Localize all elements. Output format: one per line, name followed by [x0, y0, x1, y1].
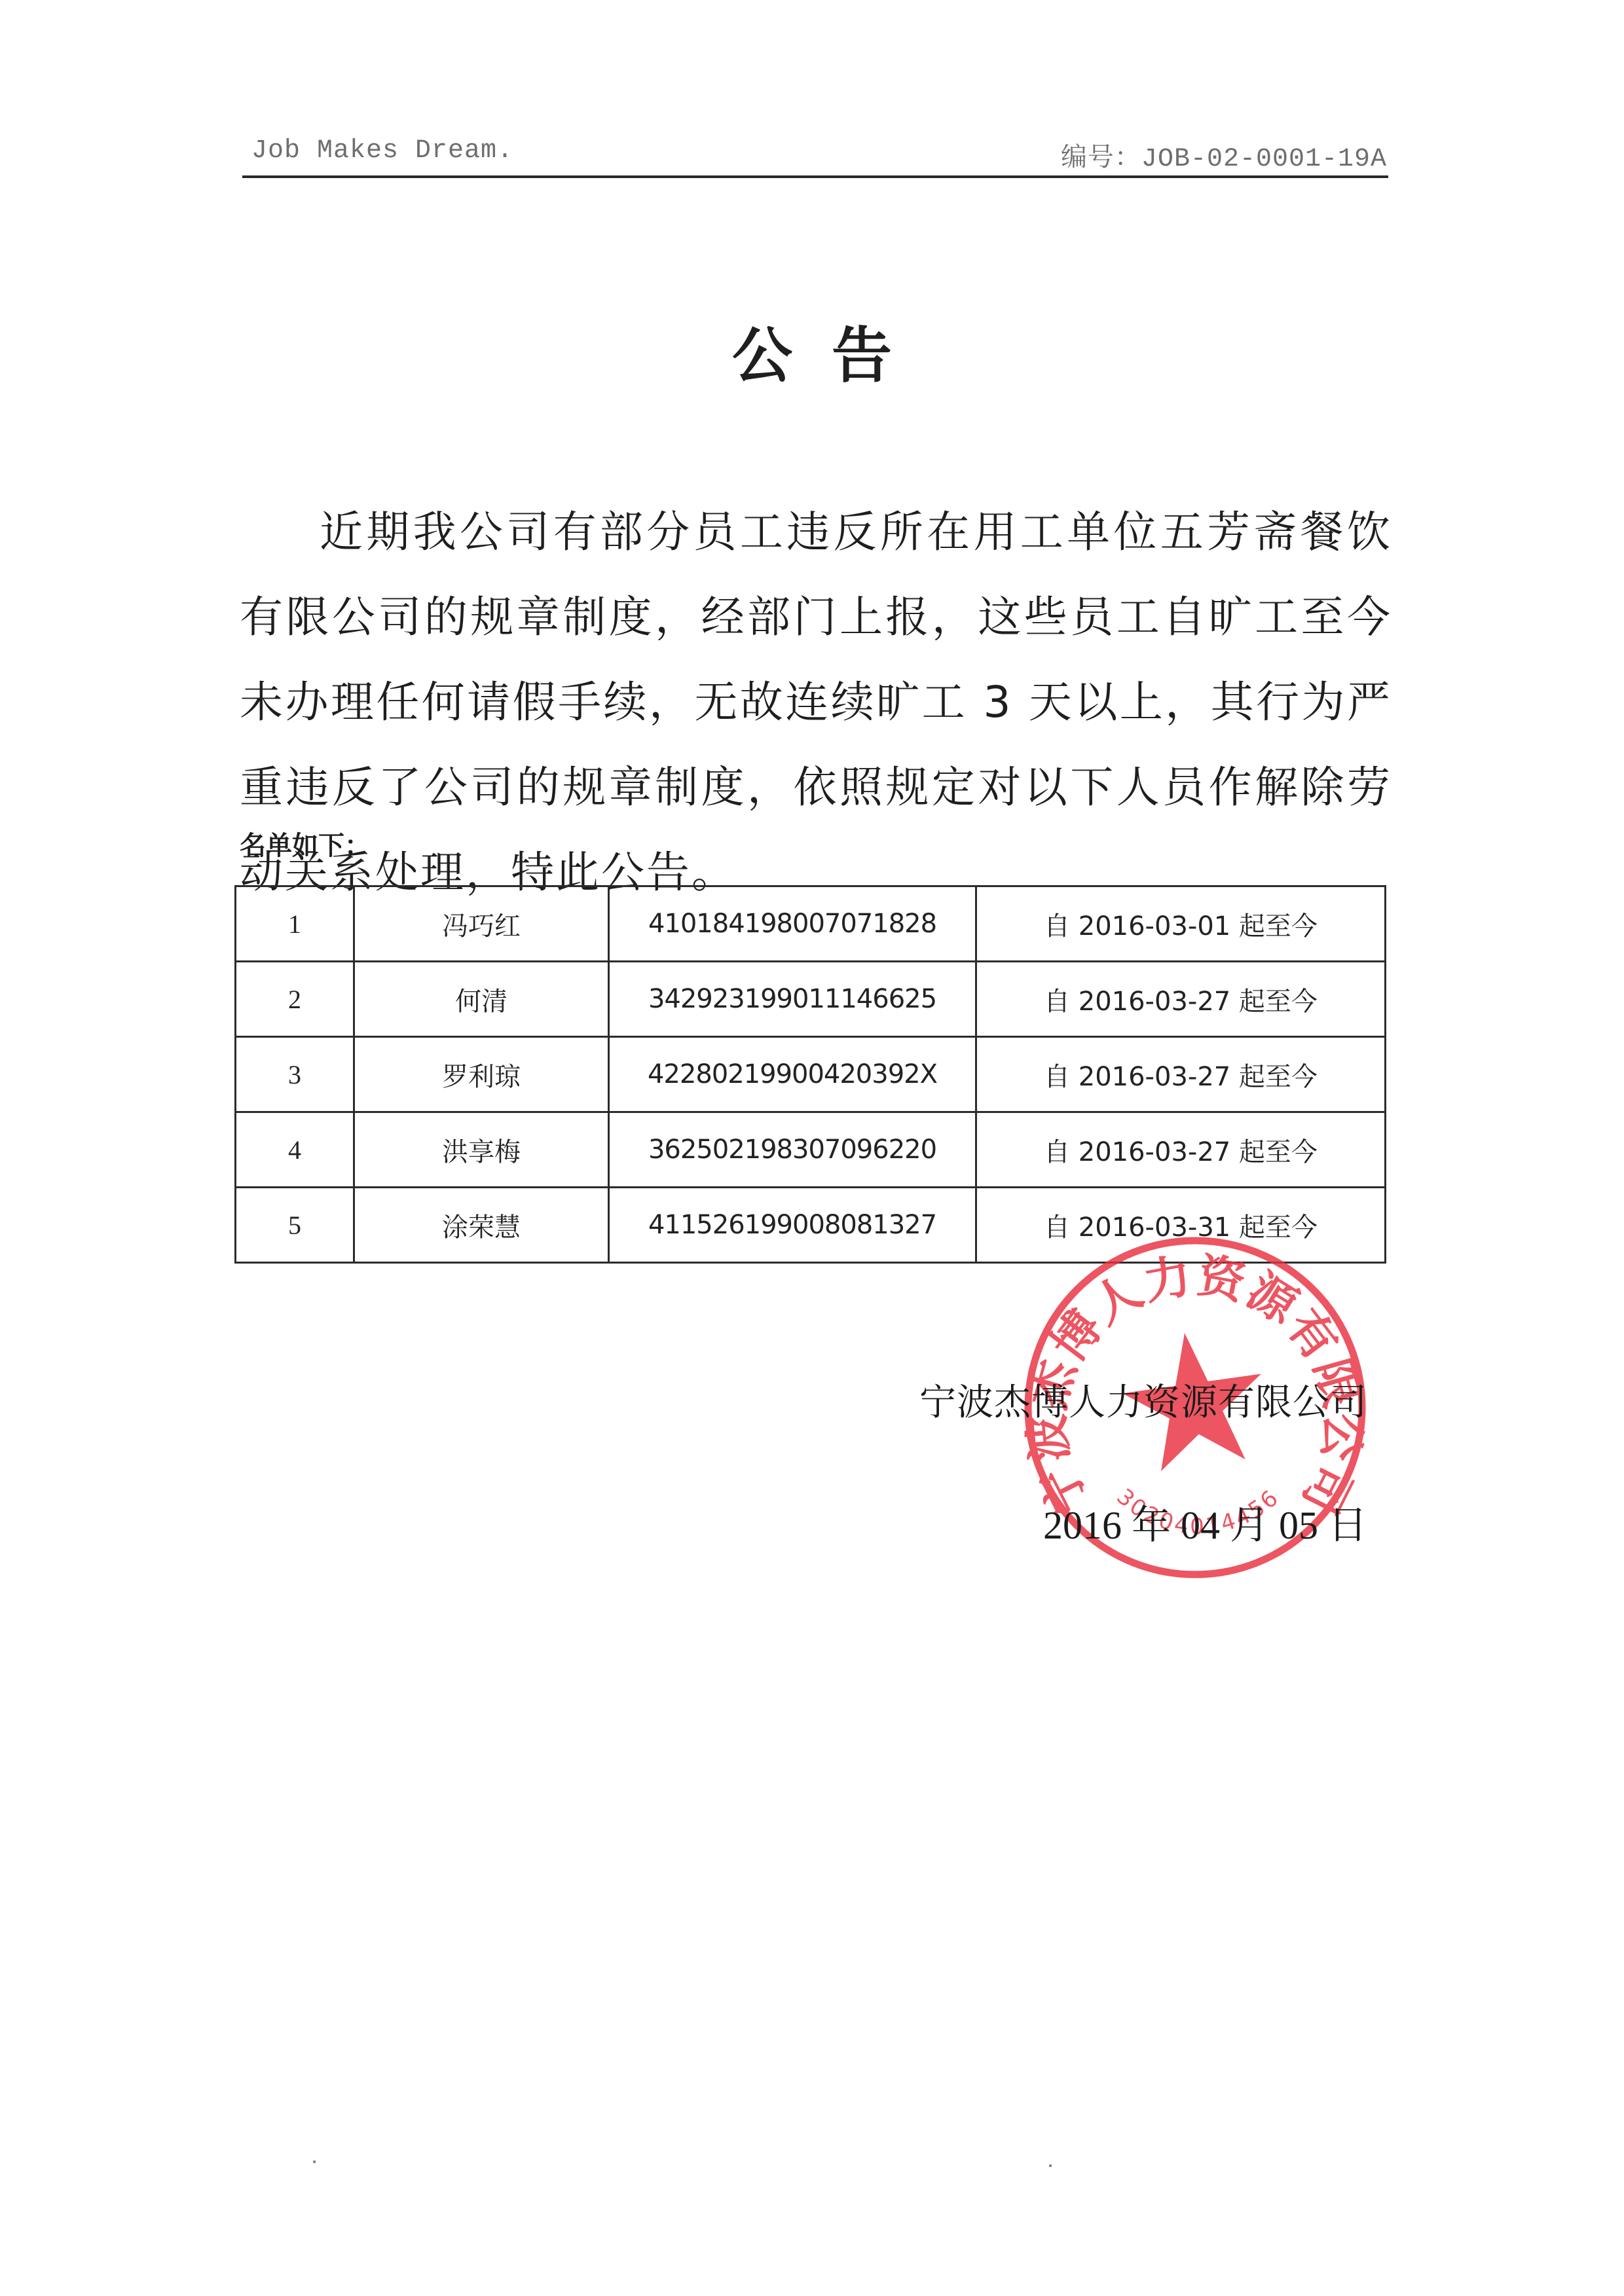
employee-name: 涂荣慧	[354, 1188, 609, 1263]
header-divider	[242, 175, 1388, 178]
employee-name: 冯巧红	[354, 886, 609, 962]
signature-date: 2016 年 04 月 05 日	[1043, 1494, 1367, 1550]
table-row: 2 何清 342923199011146625 自 2016-03-27 起至今	[236, 962, 1386, 1037]
employee-name: 何清	[354, 962, 609, 1037]
row-number: 5	[236, 1188, 354, 1263]
absence-period: 自 2016-03-01 起至今	[976, 886, 1386, 962]
document-number: 编号：JOB-02-0001-19A	[1061, 136, 1387, 174]
employee-id-number: 42280219900420392X	[609, 1037, 976, 1112]
employee-id-number: 410184198007071828	[609, 886, 976, 962]
row-number: 4	[236, 1112, 354, 1188]
signature-company: 宁波杰博人力资源有限公司	[919, 1374, 1367, 1426]
absence-period: 自 2016-03-27 起至今	[976, 1037, 1386, 1112]
table-row: 4 洪享梅 362502198307096220 自 2016-03-27 起至…	[236, 1112, 1386, 1188]
scan-speck	[313, 2160, 316, 2163]
list-label: 名单如下：	[240, 825, 371, 862]
row-number: 1	[236, 886, 354, 962]
employee-id-number: 362502198307096220	[609, 1112, 976, 1188]
table-row: 1 冯巧红 410184198007071828 自 2016-03-01 起至…	[236, 886, 1386, 962]
row-number: 3	[236, 1037, 354, 1112]
employee-id-number: 342923199011146625	[609, 962, 976, 1037]
scan-speck	[1049, 2164, 1052, 2167]
dismissal-table: 1 冯巧红 410184198007071828 自 2016-03-01 起至…	[234, 885, 1386, 1264]
page-title: 公告	[0, 308, 1624, 394]
announcement-paragraph: 近期我公司有部分员工违反所在用工单位五芳斋餐饮有限公司的规章制度，经部门上报，这…	[240, 490, 1392, 915]
header-slogan: Job Makes Dream.	[251, 136, 513, 166]
row-number: 2	[236, 962, 354, 1037]
table-row: 3 罗利琼 42280219900420392X 自 2016-03-27 起至…	[236, 1037, 1386, 1112]
employee-name: 洪享梅	[354, 1112, 609, 1188]
absence-period: 自 2016-03-27 起至今	[976, 1112, 1386, 1188]
employee-name: 罗利琼	[354, 1037, 609, 1112]
absence-period: 自 2016-03-27 起至今	[976, 962, 1386, 1037]
employee-id-number: 411526199008081327	[609, 1188, 976, 1263]
